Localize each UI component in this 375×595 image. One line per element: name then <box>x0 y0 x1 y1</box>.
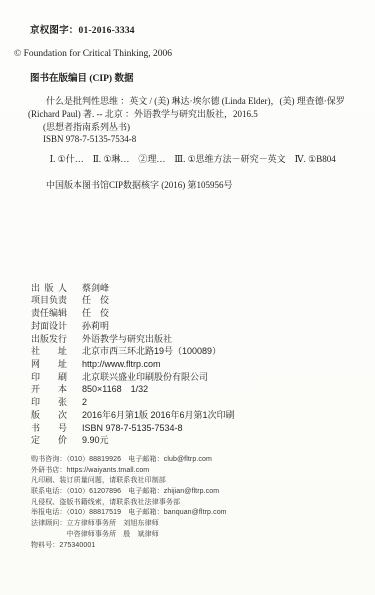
row-value: 蔡剑峰 <box>82 282 109 295</box>
cip-isbn: ISBN 978-7-5135-7534-8 <box>28 133 361 146</box>
fine-print-line-material-number: 物料号：275340001 <box>31 541 375 552</box>
fine-print-line-store: 外研书店：https://waiyants.tmall.com <box>31 466 375 477</box>
fine-print-line-counsel-2: 中咨律师事务所 殷 斌律师 <box>31 530 375 541</box>
copyright-notice: © Foundation for Critical Thinking, 2006 <box>14 49 375 59</box>
row-label: 定价 <box>31 434 67 447</box>
fine-print-line-quality: 凡印刷、装订质量问题，请联系我社印制部 <box>31 476 375 487</box>
pub-row-cover-design: 封面设计孙莉明 <box>31 320 375 333</box>
license-number: 京权图字：01-2016-3334 <box>30 22 375 36</box>
pub-row-publisher: 出版发行外语教学与研究出版社 <box>31 333 375 346</box>
row-value: 任 佼 <box>82 307 109 320</box>
row-label: 出版人 <box>31 282 67 295</box>
pub-row-format: 开本850×1168 1/32 <box>31 383 375 396</box>
cip-description: 什么是批判性思维 ：英文 / (美) 琳达·埃尔德 (Linda Elder)，… <box>28 95 361 121</box>
pub-row-sheets: 印张2 <box>31 396 375 409</box>
row-value: 任 佼 <box>82 294 109 307</box>
fine-print-line-counsel-1: 法律顾问：立方律师事务所 刘旭东律师 <box>31 519 375 530</box>
row-value: ISBN 978-7-5135-7534-8 <box>82 422 183 435</box>
pub-row-isbn: 书号ISBN 978-7-5135-7534-8 <box>31 422 375 435</box>
row-value: 孙莉明 <box>82 320 109 333</box>
row-value: 2 <box>82 396 87 409</box>
pub-row-printer: 印刷北京联兴盛业印刷股份有限公司 <box>31 371 375 384</box>
row-value: http://www.fltrp.com <box>82 358 161 371</box>
publication-info-table: 出版人蔡剑峰 项目负责任 佼 责任编辑任 佼 封面设计孙莉明 出版发行外语教学与… <box>31 282 375 447</box>
row-value: 850×1168 1/32 <box>82 383 148 396</box>
row-label: 社址 <box>31 345 67 358</box>
pub-row-address: 社址北京市西三环北路19号（100089） <box>31 345 375 358</box>
row-label: 项目负责 <box>31 294 67 307</box>
pub-row-publisher-person: 出版人蔡剑峰 <box>31 282 375 295</box>
row-label: 封面设计 <box>31 320 67 333</box>
pub-row-editor: 责任编辑任 佼 <box>31 307 375 320</box>
row-value: 2016年6月第1版 2016年6月第1次印刷 <box>82 409 235 422</box>
copyright-page-sheet: 京权图字：01-2016-3334 © Foundation for Criti… <box>0 0 375 595</box>
row-label: 印张 <box>31 396 67 409</box>
row-label: 出版发行 <box>31 333 67 346</box>
fine-print-line-purchase: 购书咨询：（010）88819926 电子邮箱：club@fltrp.com <box>31 455 375 466</box>
row-value: 外语教学与研究出版社 <box>82 333 172 346</box>
row-label: 责任编辑 <box>31 307 67 320</box>
cip-classification: Ⅰ. ①什… Ⅱ. ①琳… ②理… Ⅲ. ①思维方法－研究－英文 Ⅳ. ①B80… <box>28 153 361 166</box>
cip-record-number: 中国版本图书馆CIP数据核字 (2016) 第105956号 <box>28 179 361 192</box>
row-label: 书号 <box>31 422 67 435</box>
pub-row-price: 定价9.90元 <box>31 434 375 447</box>
fine-print-line-piracy: 凡侵权、盗版书籍线索，请联系我社法律事务部 <box>31 498 375 509</box>
row-value: 9.90元 <box>82 434 109 447</box>
row-label: 开本 <box>31 383 67 396</box>
cip-data-header: 图书在版编目 (CIP) 数据 <box>30 70 375 84</box>
pub-row-project-lead: 项目负责任 佼 <box>31 294 375 307</box>
fine-print-line-contact: 联系电话：（010）61207896 电子邮箱：zhijian@fltrp.co… <box>31 487 375 498</box>
pub-row-website: 网址http://www.fltrp.com <box>31 358 375 371</box>
row-label: 版次 <box>31 409 67 422</box>
row-value: 北京市西三环北路19号（100089） <box>82 345 221 358</box>
cip-series-note: (思想者指南系列丛书) <box>28 121 361 134</box>
fine-print-line-report: 举报电话：（010）88817519 电子邮箱：banquan@fltrp.co… <box>31 508 375 519</box>
pub-row-edition: 版次2016年6月第1版 2016年6月第1次印刷 <box>31 409 375 422</box>
fine-print-block: 购书咨询：（010）88819926 电子邮箱：club@fltrp.com 外… <box>31 455 375 551</box>
row-label: 网址 <box>31 358 67 371</box>
cip-data-block: 什么是批判性思维 ：英文 / (美) 琳达·埃尔德 (Linda Elder)，… <box>28 95 361 192</box>
row-label: 印刷 <box>31 371 67 384</box>
row-value: 北京联兴盛业印刷股份有限公司 <box>82 371 208 384</box>
